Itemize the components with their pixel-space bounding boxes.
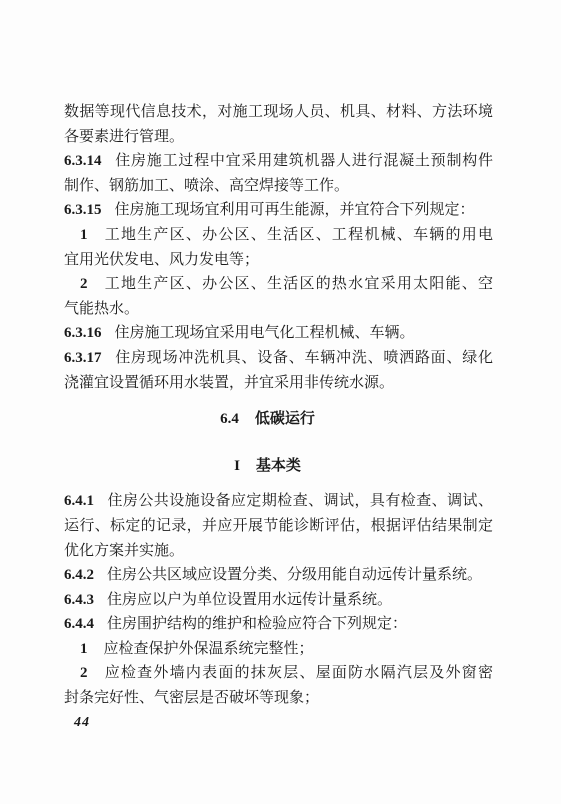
clause-6-3-14: 6.3.14住房施工过程中宜采用建筑机器人进行混凝土预制构件 制作、钢筋加工、喷… [64,149,493,198]
text-line: 各要素进行管理。 [64,125,493,150]
clause-6-3-15: 6.3.15住房施工现场宜利用可再生能源，并宜符合下列规定： [64,198,493,223]
item-text: 应检查外墙内表面的抹灰层、屋面防水隔汽层及外窗密 [104,665,494,681]
clause-6-3-16: 6.3.16住房施工现场宜采用电气化工程机械、车辆。 [64,321,493,346]
text-line: 运行、标定的记录，并应开展节能诊断评估，根据评估结果制定 [64,514,493,539]
subsection-heading-basic: I基本类 [53,454,482,479]
clause-6-4-4: 6.4.4住房围护结构的维护和检验应符合下列规定： [64,612,493,637]
text-line: 1应检查保护外保温系统完整性； [64,637,493,662]
text-line: 优化方案并实施。 [64,539,493,564]
item-text: 应检查保护外保温系统完整性； [104,641,314,657]
list-item-2: 2应检查外墙内表面的抹灰层、屋面防水隔汽层及外窗密 封条完好性、气密层是否破坏等… [64,661,493,710]
clause-6-4-1: 6.4.1住房公共设施设备应定期检查、调试，具有检查、调试、 运行、标定的记录，… [64,489,493,563]
page-number: 44 [64,711,493,736]
clause-number: 6.4.3 [64,592,94,608]
item-number: 2 [80,276,88,292]
text-line: 6.3.16住房施工现场宜采用电气化工程机械、车辆。 [64,321,493,346]
text-block: 数据等现代信息技术，对施工现场人员、机具、材料、方法环境 各要素进行管理。 6.… [64,100,493,735]
text-line: 6.3.14住房施工过程中宜采用建筑机器人进行混凝土预制构件 [64,149,493,174]
clause-number: 6.4.4 [64,616,94,632]
text-line: 宜用光伏发电、风力发电等； [64,248,493,273]
clause-text: 住房施工过程中宜采用建筑机器人进行混凝土预制构件 [115,153,494,169]
list-item-2: 2工地生产区、办公区、生活区的热水宜采用太阳能、空 气能热水。 [64,272,493,321]
clause-number: 6.3.14 [64,153,102,169]
text-line: 1工地生产区、办公区、生活区、工程机械、车辆的用电 [64,223,493,248]
clause-number: 6.3.16 [64,325,102,341]
clause-text: 住房现场冲洗机具、设备、车辆冲洗、喷洒路面、绿化 [115,350,494,366]
clause-number: 6.3.15 [64,202,102,218]
text-line: 6.3.17住房现场冲洗机具、设备、车辆冲洗、喷洒路面、绿化 [64,346,493,371]
clause-text: 住房公共设施设备应定期检查、调试，具有检查、调试、 [107,493,493,509]
text-line: 6.4.3住房应以户为单位设置用水远传计量系统。 [64,588,493,613]
clause-text: 住房公共区域应设置分类、分级用能自动远传计量系统。 [107,567,482,583]
section-heading-6-4: 6.4低碳运行 [53,407,482,432]
text-line: 6.4.1住房公共设施设备应定期检查、调试，具有检查、调试、 [64,489,493,514]
item-number: 1 [80,227,88,243]
clause-number: 6.3.17 [64,350,102,366]
item-text: 工地生产区、办公区、生活区的热水宜采用太阳能、空 [104,276,494,292]
para-continuation: 数据等现代信息技术，对施工现场人员、机具、材料、方法环境 各要素进行管理。 [64,100,493,149]
clause-number: 6.4.2 [64,567,94,583]
item-text: 工地生产区、办公区、生活区、工程机械、车辆的用电 [104,227,494,243]
text-line: 封条完好性、气密层是否破坏等现象； [64,686,493,711]
clause-text: 住房应以户为单位设置用水远传计量系统。 [107,592,392,608]
document-page: 数据等现代信息技术，对施工现场人员、机具、材料、方法环境 各要素进行管理。 6.… [0,0,561,804]
text-line: 2工地生产区、办公区、生活区的热水宜采用太阳能、空 [64,272,493,297]
clause-6-4-2: 6.4.2住房公共区域应设置分类、分级用能自动远传计量系统。 [64,563,493,588]
text-line: 6.3.15住房施工现场宜利用可再生能源，并宜符合下列规定： [64,198,493,223]
clause-6-4-3: 6.4.3住房应以户为单位设置用水远传计量系统。 [64,588,493,613]
text-line: 制作、钢筋加工、喷涂、高空焊接等工作。 [64,174,493,199]
item-number: 2 [80,665,88,681]
text-line: 2应检查外墙内表面的抹灰层、屋面防水隔汽层及外窗密 [64,661,493,686]
text-line: 气能热水。 [64,297,493,322]
text-line: 数据等现代信息技术，对施工现场人员、机具、材料、方法环境 [64,100,493,125]
list-item-1: 1应检查保护外保温系统完整性； [64,637,493,662]
text-line: 6.4.4住房围护结构的维护和检验应符合下列规定： [64,612,493,637]
clause-text: 住房围护结构的维护和检验应符合下列规定： [107,616,407,632]
clause-number: 6.4.1 [64,493,94,509]
clause-text: 住房施工现场宜利用可再生能源，并宜符合下列规定： [115,202,475,218]
item-number: 1 [80,641,88,657]
section-number: 6.4 [220,411,239,427]
clause-text: 住房施工现场宜采用电气化工程机械、车辆。 [115,325,415,341]
subsection-number: I [234,458,240,474]
text-line: 浇灌宜设置循环用水装置，并宜采用非传统水源。 [64,371,493,396]
section-title: 低碳运行 [255,411,315,427]
text-line: 6.4.2住房公共区域应设置分类、分级用能自动远传计量系统。 [64,563,493,588]
subsection-title: 基本类 [256,458,301,474]
clause-6-3-17: 6.3.17住房现场冲洗机具、设备、车辆冲洗、喷洒路面、绿化 浇灌宜设置循环用水… [64,346,493,395]
list-item-1: 1工地生产区、办公区、生活区、工程机械、车辆的用电 宜用光伏发电、风力发电等； [64,223,493,272]
